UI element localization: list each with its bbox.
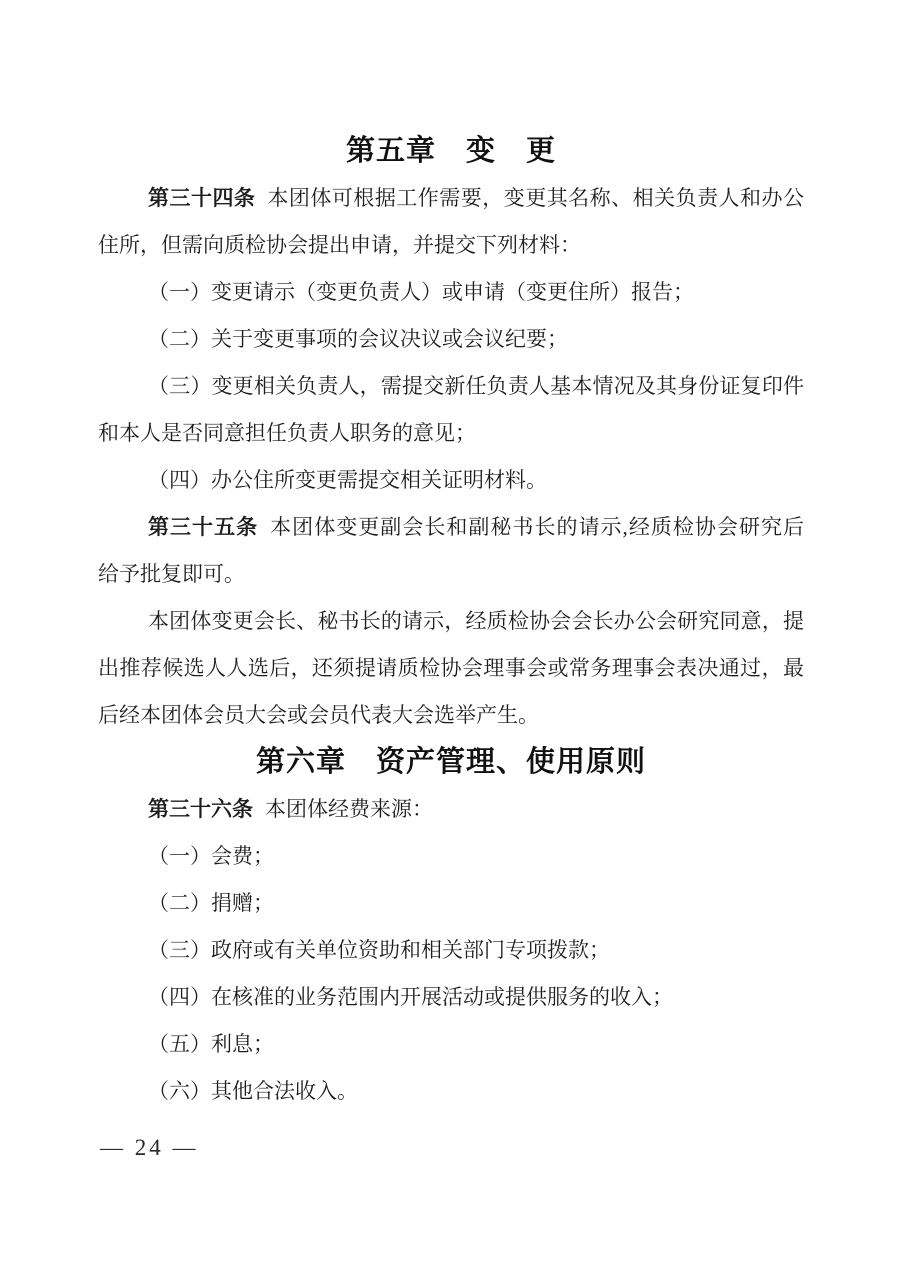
article35-line-2: 给予批复即可。 — [98, 551, 804, 598]
article34-item-1: （一）变更请示（变更负责人）或申请（变更住所）报告； — [98, 269, 804, 316]
article34-item-4: （四）办公住所变更需提交相关证明材料。 — [98, 457, 804, 504]
article36-line-1: 第三十六条本团体经费来源： — [98, 786, 804, 833]
article34-item-2: （二）关于变更事项的会议决议或会议纪要； — [98, 316, 804, 363]
article36-item-4: （四）在核准的业务范围内开展活动或提供服务的收入； — [98, 974, 804, 1021]
article35-para2-line-3: 后经本团体会员大会或会员代表大会选举产生。 — [98, 692, 804, 739]
article35-number: 第三十五条 — [148, 515, 258, 539]
article36-item-1: （一）会费； — [98, 833, 804, 880]
article34-text-1: 本团体可根据工作需要，变更其名称、相关负责人和办公 — [267, 186, 804, 210]
article36-item-3: （三）政府或有关单位资助和相关部门专项拨款； — [98, 927, 804, 974]
document-page: 第五章 变 更 第三十四条本团体可根据工作需要，变更其名称、相关负责人和办公 住… — [0, 0, 900, 1273]
article34-number: 第三十四条 — [148, 186, 255, 210]
article35-para2-line-1: 本团体变更会长、秘书长的请示，经质检协会会长办公会研究同意，提 — [98, 598, 804, 645]
article36-text-1: 本团体经费来源： — [265, 797, 433, 821]
article35-para2-line-2: 出推荐候选人人选后，还须提请质检协会理事会或常务理事会表决通过，最 — [98, 645, 804, 692]
document-body: 第五章 变 更 第三十四条本团体可根据工作需要，变更其名称、相关负责人和办公 住… — [98, 128, 804, 1115]
article36-item-5: （五）利息； — [98, 1021, 804, 1068]
article35-text-1: 本团体变更副会长和副秘书长的请示,经质检协会研究后 — [270, 515, 804, 539]
page-number: — 24 — — [100, 1128, 199, 1168]
article34-line-2: 住所，但需向质检协会提出申请，并提交下列材料： — [98, 222, 804, 269]
article36-number: 第三十六条 — [148, 797, 253, 821]
article36-item-6: （六）其他合法收入。 — [98, 1068, 804, 1115]
article34-item-3-line-1: （三）变更相关负责人，需提交新任负责人基本情况及其身份证复印件 — [98, 363, 804, 410]
article35-line-1: 第三十五条本团体变更副会长和副秘书长的请示,经质检协会研究后 — [98, 504, 804, 551]
article34-item-3-line-2: 和本人是否同意担任负责人职务的意见； — [98, 410, 804, 457]
article36-item-2: （二）捐赠； — [98, 880, 804, 927]
chapter6-heading: 第六章 资产管理、使用原则 — [98, 739, 804, 786]
chapter5-heading: 第五章 变 更 — [98, 128, 804, 175]
article34-line-1: 第三十四条本团体可根据工作需要，变更其名称、相关负责人和办公 — [98, 175, 804, 222]
